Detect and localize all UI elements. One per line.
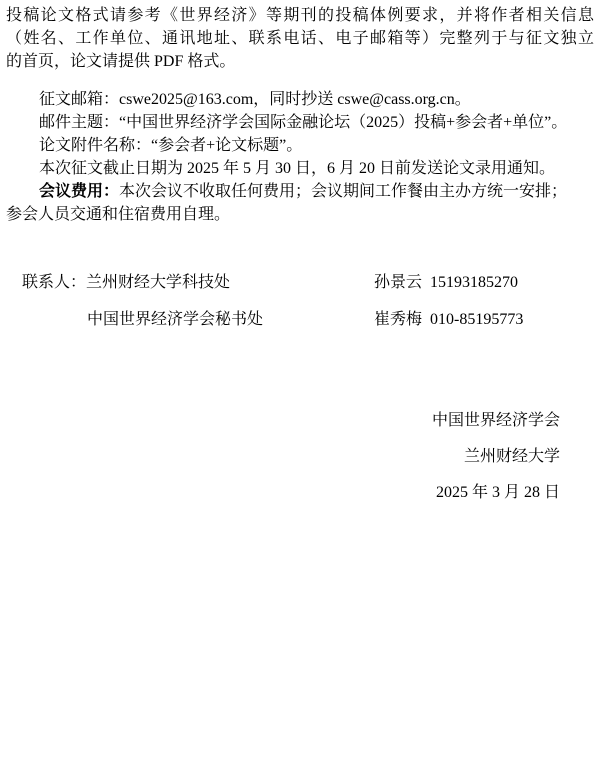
submission-details-block: 征文邮箱：cswe2025@163.com，同时抄送 cswe@cass.org… — [6, 88, 594, 226]
paragraph-line: 的首页，论文请提供 PDF 格式。 — [6, 50, 594, 73]
fee-text-line1: 本次会议不收取任何费用；会议期间工作餐由主办方统一安排； — [119, 183, 567, 200]
submission-subject-line: 邮件主题：“中国世界经济学会国际金融论坛（2025）投稿+参会者+单位”。 — [6, 111, 594, 134]
attachment-name-line: 论文附件名称：“参会者+论文标题”。 — [6, 134, 594, 157]
contact-org: 中国世界经济学会秘书处 — [87, 308, 263, 331]
signature-org2: 兰州财经大学 — [0, 445, 600, 468]
contact-row: 联系人： 兰州财经大学科技处 孙景云15193185270 — [0, 271, 600, 294]
contact-row: 中国世界经济学会秘书处 崔秀梅010-85195773 — [0, 308, 600, 331]
contacts-heading: 联系人： — [22, 271, 86, 294]
paragraph-line: （姓名、工作单位、通讯地址、联系电话、电子邮箱等）完整列于与征文独立 — [6, 27, 594, 50]
contact-org: 兰州财经大学科技处 — [86, 271, 230, 294]
document-page: 投稿论文格式请参考《世界经济》等期刊的投稿体例要求，并将作者相关信息 （姓名、工… — [0, 0, 600, 781]
signature-date: 2025 年 3 月 28 日 — [0, 481, 600, 504]
contact-person: 崔秀梅010-85195773 — [374, 308, 523, 331]
contact-phone: 010-85195773 — [430, 311, 523, 328]
contact-phone: 15193185270 — [430, 274, 518, 291]
paragraph-line: 投稿论文格式请参考《世界经济》等期刊的投稿体例要求，并将作者相关信息 — [6, 4, 594, 27]
contact-name: 崔秀梅 — [374, 311, 422, 328]
fee-label: 会议费用： — [39, 183, 119, 200]
signature-org1: 中国世界经济学会 — [0, 409, 600, 432]
submission-email-line: 征文邮箱：cswe2025@163.com，同时抄送 cswe@cass.org… — [6, 88, 594, 111]
fee-paragraph-line2: 参会人员交通和住宿费用自理。 — [6, 203, 594, 226]
deadline-line: 本次征文截止日期为 2025 年 5 月 30 日，6 月 20 日前发送论文录… — [6, 157, 594, 180]
format-requirements-paragraph: 投稿论文格式请参考《世界经济》等期刊的投稿体例要求，并将作者相关信息 （姓名、工… — [6, 4, 594, 73]
contact-person: 孙景云15193185270 — [374, 271, 518, 294]
fee-paragraph-line1: 会议费用：本次会议不收取任何费用；会议期间工作餐由主办方统一安排； — [6, 180, 594, 203]
contact-name: 孙景云 — [374, 274, 422, 291]
